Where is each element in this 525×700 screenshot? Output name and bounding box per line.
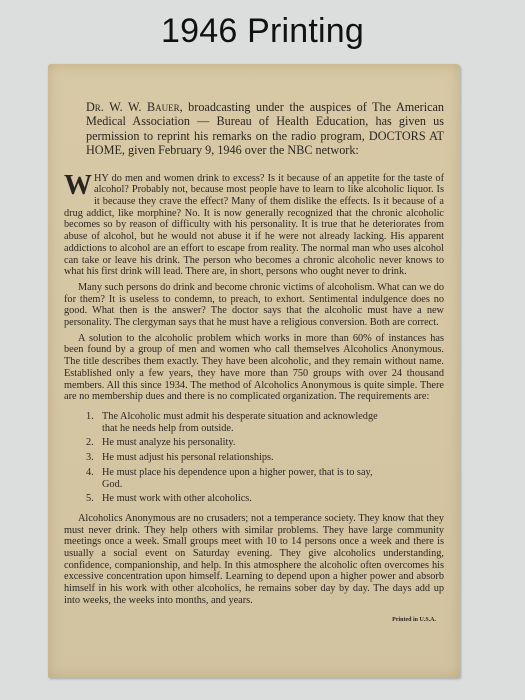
requirement-item: 4.He must place his dependence upon a hi… [86,467,394,490]
author-name: Dr. W. W. Bauer [86,100,180,114]
pamphlet-page: Dr. W. W. Bauer, broadcasting under the … [48,64,460,678]
printed-in-usa: Printed in U.S.A. [392,617,436,623]
requirements-list: 1.The Alcoholic must admit his desperate… [64,411,444,505]
drop-cap: W [64,175,92,197]
body-paragraph-4: Alcoholics Anonymous are no crusaders; n… [64,513,444,607]
requirement-item: 5.He must work with other alcoholics. [86,493,394,505]
photo-caption: 1946 Printing [0,12,525,51]
requirement-item: 3.He must adjust his personal relationsh… [86,452,394,464]
requirement-item: 2.He must analyze his personality. [86,437,394,449]
requirement-item: 1.The Alcoholic must admit his desperate… [86,411,394,434]
body-paragraph-3: A solution to the alcoholic problem whic… [64,333,444,403]
body-paragraph-2: Many such persons do drink and become ch… [64,282,444,329]
intro-paragraph: Dr. W. W. Bauer, broadcasting under the … [86,100,444,158]
body-paragraph-1: WHY do men and women drink to excess? Is… [64,173,444,278]
pamphlet-content: Dr. W. W. Bauer, broadcasting under the … [64,100,444,611]
